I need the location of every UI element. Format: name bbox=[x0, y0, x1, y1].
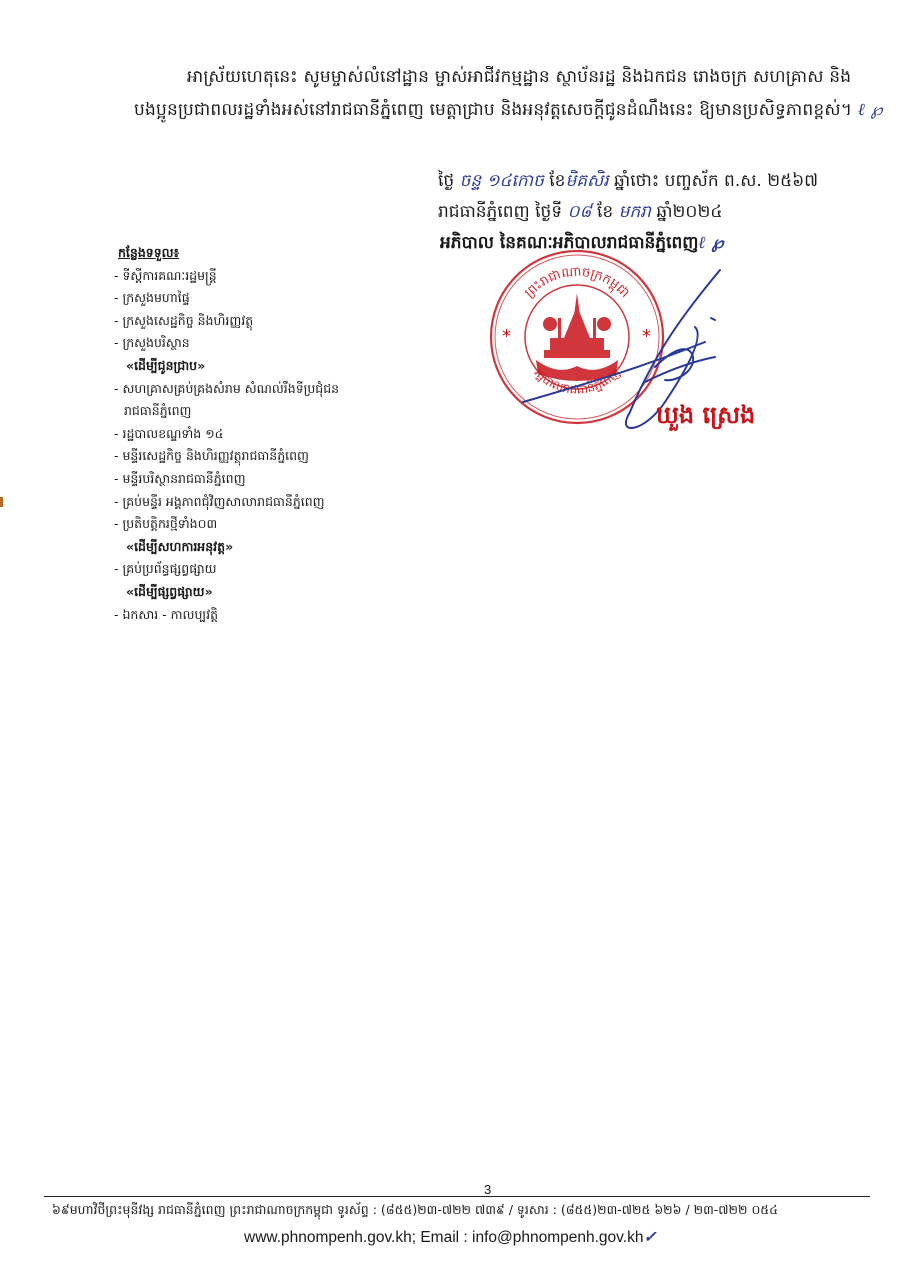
recipient-note: «ដើម្បីជូនជ្រាប» bbox=[114, 355, 339, 378]
recipient-item: - ឯកសារ - កាលប្បវត្តិ bbox=[114, 604, 339, 627]
recipient-item: - ទីស្តីការគណៈរដ្ឋមន្ត្រី bbox=[114, 265, 339, 288]
paragraph-text: អាស្រ័យហេតុនេះ សូមម្ចាស់លំនៅដ្ឋាន ម្ចាស់… bbox=[187, 67, 851, 87]
footer-web-email: www.phnompenh.gov.kh; Email : info@phnom… bbox=[244, 1229, 643, 1246]
recipient-item: - គ្រប់មន្ទីរ អង្គភាពជុំវិញសាលារាជធានីភ្… bbox=[114, 491, 339, 514]
solar-prefix: រាជធានីភ្នំពេញ ថ្ងៃទី bbox=[438, 202, 562, 222]
lunar-year: ឆ្នាំថោះ បញ្ចស័ក ព.ស. ២៥៦៧ bbox=[614, 171, 818, 191]
recipient-note: «ដើម្បីផ្សព្វផ្សាយ» bbox=[114, 581, 339, 604]
lunar-month-label: ខែ bbox=[549, 171, 565, 191]
check-mark-icon: ✓ bbox=[643, 1229, 656, 1246]
recipient-item: - ក្រសួងសេដ្ឋកិច្ច និងហិរញ្ញវត្ថុ bbox=[114, 310, 339, 333]
lunar-date: ថ្ងៃ ចន្ទ ១៤កោច ខែមិគសិរ ឆ្នាំថោះ បញ្ចស័… bbox=[438, 170, 818, 195]
recipients-list: កន្លែងទទួល៖ - ទីស្តីការគណៈរដ្ឋមន្ត្រី- ក… bbox=[114, 242, 339, 626]
solar-day-handwritten: ០៨ bbox=[568, 202, 592, 222]
footer-address: ៦៩មហាវិថីព្រះមុនីវង្ស រាជធានីភ្នំពេញ ព្រ… bbox=[52, 1202, 778, 1221]
svg-text:*: * bbox=[502, 326, 511, 347]
lunar-month-handwritten: មិគសិរ bbox=[565, 171, 608, 191]
recipient-item: - មន្ទីរបរិស្ថានរាជធានីភ្នំពេញ bbox=[114, 468, 339, 491]
page-number: 3 bbox=[484, 1182, 491, 1197]
recipient-item: - ប្រតិបត្តិករថ្មីទាំង០៣ bbox=[114, 513, 339, 536]
solar-month-handwritten: មករា bbox=[619, 202, 651, 222]
recipient-items: - ទីស្តីការគណៈរដ្ឋមន្ត្រី- ក្រសួងមហាផ្ទៃ… bbox=[114, 265, 339, 627]
paragraph-line-1: អាស្រ័យហេតុនេះ សូមម្ចាស់លំនៅដ្ឋាន ម្ចាស់… bbox=[187, 66, 851, 91]
recipients-heading: កន្លែងទទួល៖ bbox=[114, 242, 339, 265]
handwritten-initials: ℓ ℘ bbox=[858, 100, 883, 120]
recipient-item: - ក្រសួងបរិស្ថាន bbox=[114, 332, 339, 355]
paragraph-line-2: បងប្អូនប្រជាពលរដ្ឋទាំងអស់នៅរាជធានីភ្នំពេ… bbox=[134, 99, 883, 124]
lunar-day-handwritten: ចន្ទ ១៤កោច bbox=[460, 171, 544, 191]
lunar-prefix: ថ្ងៃ bbox=[438, 171, 454, 191]
recipient-item: - មន្ទីរសេដ្ឋកិច្ច និងហិរញ្ញវត្ថុរាជធានី… bbox=[114, 445, 339, 468]
signer-name: ឃួង ស្រេង bbox=[656, 400, 755, 435]
recipient-item: - ក្រសួងមហាផ្ទៃ bbox=[114, 287, 339, 310]
handwritten-initials: ℓ ℘ bbox=[698, 233, 723, 253]
recipient-item: - គ្រប់ប្រព័ន្ធផ្សព្វផ្សាយ bbox=[114, 558, 339, 581]
recipient-note: «ដើម្បីសហការអនុវត្ត» bbox=[114, 536, 339, 559]
solar-year: ឆ្នាំ២០២៤ bbox=[656, 202, 722, 222]
paragraph-text: បងប្អូនប្រជាពលរដ្ឋទាំងអស់នៅរាជធានីភ្នំពេ… bbox=[134, 100, 852, 120]
footer-contact: www.phnompenh.gov.kh; Email : info@phnom… bbox=[244, 1228, 656, 1247]
recipient-item: រាជធានីភ្នំពេញ bbox=[114, 400, 339, 423]
solar-date: រាជធានីភ្នំពេញ ថ្ងៃទី ០៨ ខែ មករា ឆ្នាំ២០… bbox=[438, 201, 722, 226]
recipient-item: - សហគ្រាសគ្រប់គ្រងសំរាម សំណល់រឹងទីប្រជុំ… bbox=[114, 378, 339, 401]
solar-month-label: ខែ bbox=[597, 202, 613, 222]
scan-edge-mark bbox=[0, 497, 3, 507]
footer-divider bbox=[44, 1196, 870, 1197]
recipient-item: - រដ្ឋបាលខណ្ឌទាំង ១៤ bbox=[114, 423, 339, 446]
